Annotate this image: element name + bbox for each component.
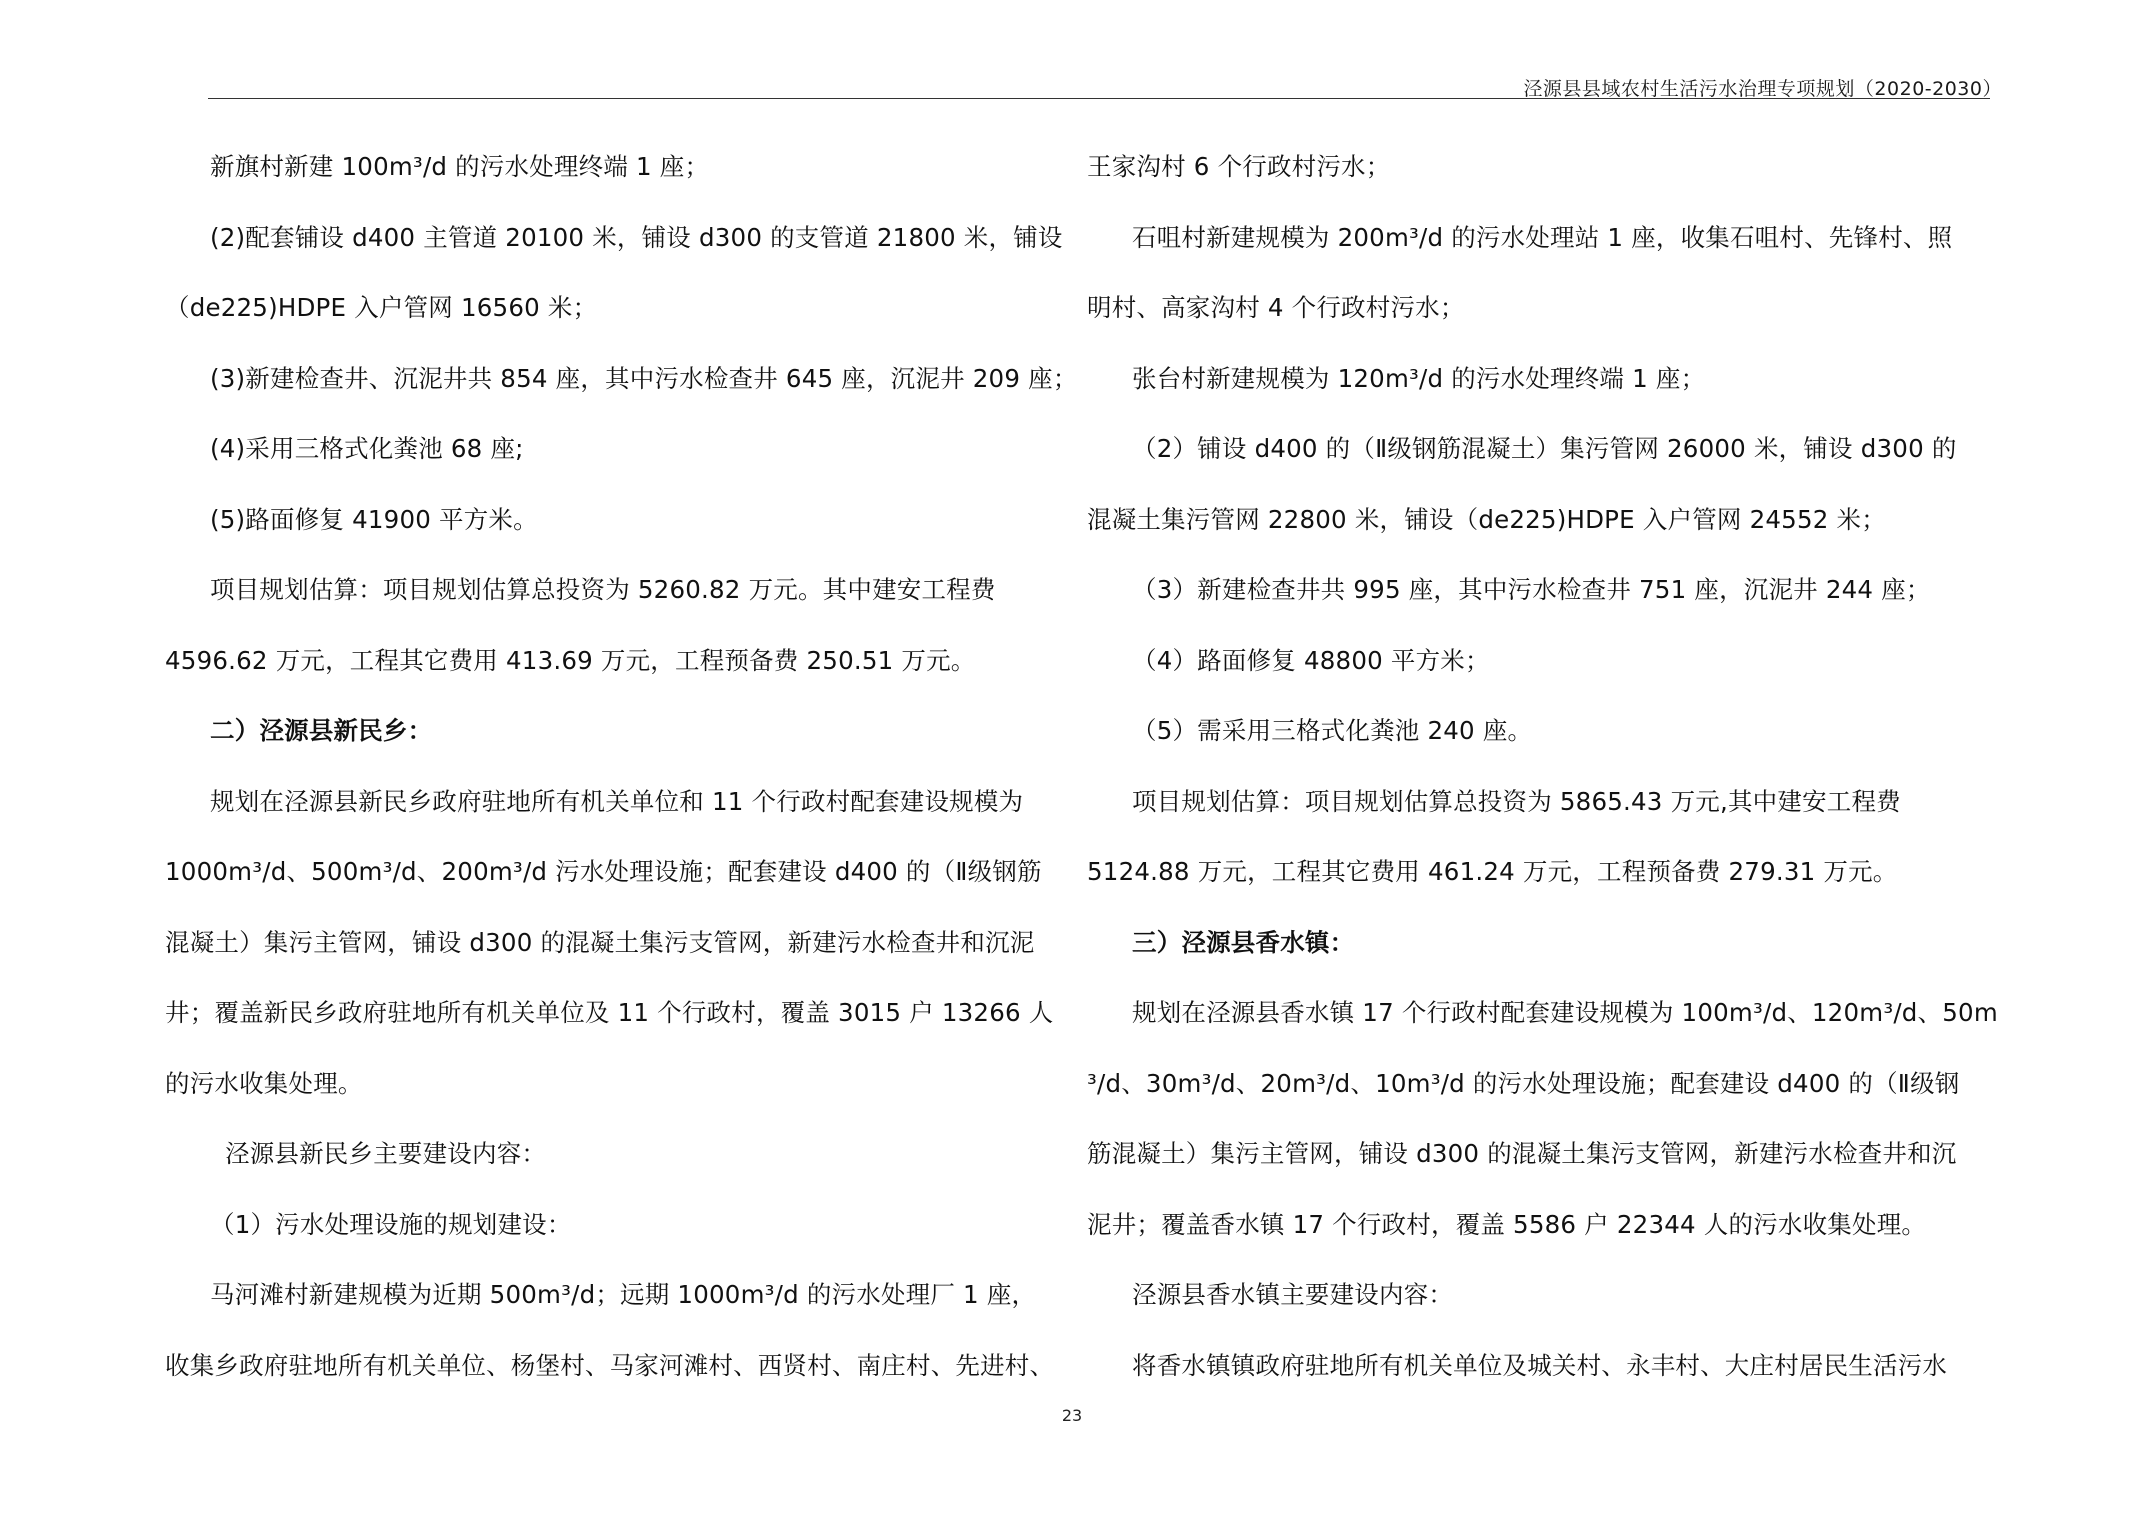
text-line: 项目规划估算：项目规划估算总投资为 5260.82 万元。其中建安工程费 bbox=[165, 570, 1061, 641]
text-line: 王家沟村 6 个行政村污水； bbox=[1087, 147, 1983, 218]
text-line: 新旗村新建 100m³/d 的污水处理终端 1 座； bbox=[165, 147, 1061, 218]
text-line: （5）需采用三格式化粪池 240 座。 bbox=[1087, 711, 1983, 782]
text-line: 规划在泾源县香水镇 17 个行政村配套建设规模为 100m³/d、120m³/d… bbox=[1087, 993, 1983, 1064]
text-line: 筋混凝土）集污主管网，铺设 d300 的混凝土集污支管网，新建污水检查井和沉 bbox=[1087, 1134, 1983, 1205]
text-line: （1）污水处理设施的规划建设： bbox=[165, 1205, 1061, 1276]
text-line: 泾源县新民乡主要建设内容： bbox=[165, 1134, 1061, 1205]
left-text-column: 新旗村新建 100m³/d 的污水处理终端 1 座；(2)配套铺设 d400 主… bbox=[165, 147, 1061, 1416]
section-heading: 三）泾源县香水镇： bbox=[1087, 923, 1983, 994]
text-line: （3）新建检查井共 995 座，其中污水检查井 751 座，沉泥井 244 座； bbox=[1087, 570, 1983, 641]
text-line: 马河滩村新建规模为近期 500m³/d；远期 1000m³/d 的污水处理厂 1… bbox=[165, 1275, 1061, 1346]
text-line: 规划在泾源县新民乡政府驻地所有机关单位和 11 个行政村配套建设规模为 bbox=[165, 782, 1061, 853]
text-line: 混凝土）集污主管网，铺设 d300 的混凝土集污支管网，新建污水检查井和沉泥 bbox=[165, 923, 1061, 994]
text-line: （de225)HDPE 入户管网 16560 米； bbox=[165, 288, 1061, 359]
text-line: (3)新建检查井、沉泥井共 854 座，其中污水检查井 645 座，沉泥井 20… bbox=[165, 359, 1061, 430]
text-line: 混凝土集污管网 22800 米，铺设（de225)HDPE 入户管网 24552… bbox=[1087, 500, 1983, 571]
header-divider bbox=[208, 98, 1990, 99]
text-line: 井；覆盖新民乡政府驻地所有机关单位及 11 个行政村，覆盖 3015 户 132… bbox=[165, 993, 1061, 1064]
right-text-column: 王家沟村 6 个行政村污水；石咀村新建规模为 200m³/d 的污水处理站 1 … bbox=[1087, 147, 1983, 1416]
text-line: 4596.62 万元，工程其它费用 413.69 万元，工程预备费 250.51… bbox=[165, 641, 1061, 712]
text-line: 泾源县香水镇主要建设内容： bbox=[1087, 1275, 1983, 1346]
document-header-title: 泾源县县域农村生活污水治理专项规划（2020-2030） bbox=[1523, 74, 2002, 101]
text-line: ³/d、30m³/d、20m³/d、10m³/d 的污水处理设施；配套建设 d4… bbox=[1087, 1064, 1983, 1135]
text-line: 张台村新建规模为 120m³/d 的污水处理终端 1 座； bbox=[1087, 359, 1983, 430]
text-line: （4）路面修复 48800 平方米； bbox=[1087, 641, 1983, 712]
text-line: (4)采用三格式化粪池 68 座; bbox=[165, 429, 1061, 500]
page-number: 23 bbox=[0, 1406, 2144, 1425]
text-line: 5124.88 万元，工程其它费用 461.24 万元，工程预备费 279.31… bbox=[1087, 852, 1983, 923]
text-line: (5)路面修复 41900 平方米。 bbox=[165, 500, 1061, 571]
text-line: 明村、高家沟村 4 个行政村污水； bbox=[1087, 288, 1983, 359]
text-line: (2)配套铺设 d400 主管道 20100 米，铺设 d300 的支管道 21… bbox=[165, 218, 1061, 289]
text-line: 的污水收集处理。 bbox=[165, 1064, 1061, 1135]
text-line: 1000m³/d、500m³/d、200m³/d 污水处理设施；配套建设 d40… bbox=[165, 852, 1061, 923]
section-heading: 二）泾源县新民乡： bbox=[165, 711, 1061, 782]
text-line: 泥井；覆盖香水镇 17 个行政村，覆盖 5586 户 22344 人的污水收集处… bbox=[1087, 1205, 1983, 1276]
text-line: （2）铺设 d400 的（Ⅱ级钢筋混凝土）集污管网 26000 米，铺设 d30… bbox=[1087, 429, 1983, 500]
text-line: 石咀村新建规模为 200m³/d 的污水处理站 1 座，收集石咀村、先锋村、照 bbox=[1087, 218, 1983, 289]
text-line: 项目规划估算：项目规划估算总投资为 5865.43 万元,其中建安工程费 bbox=[1087, 782, 1983, 853]
